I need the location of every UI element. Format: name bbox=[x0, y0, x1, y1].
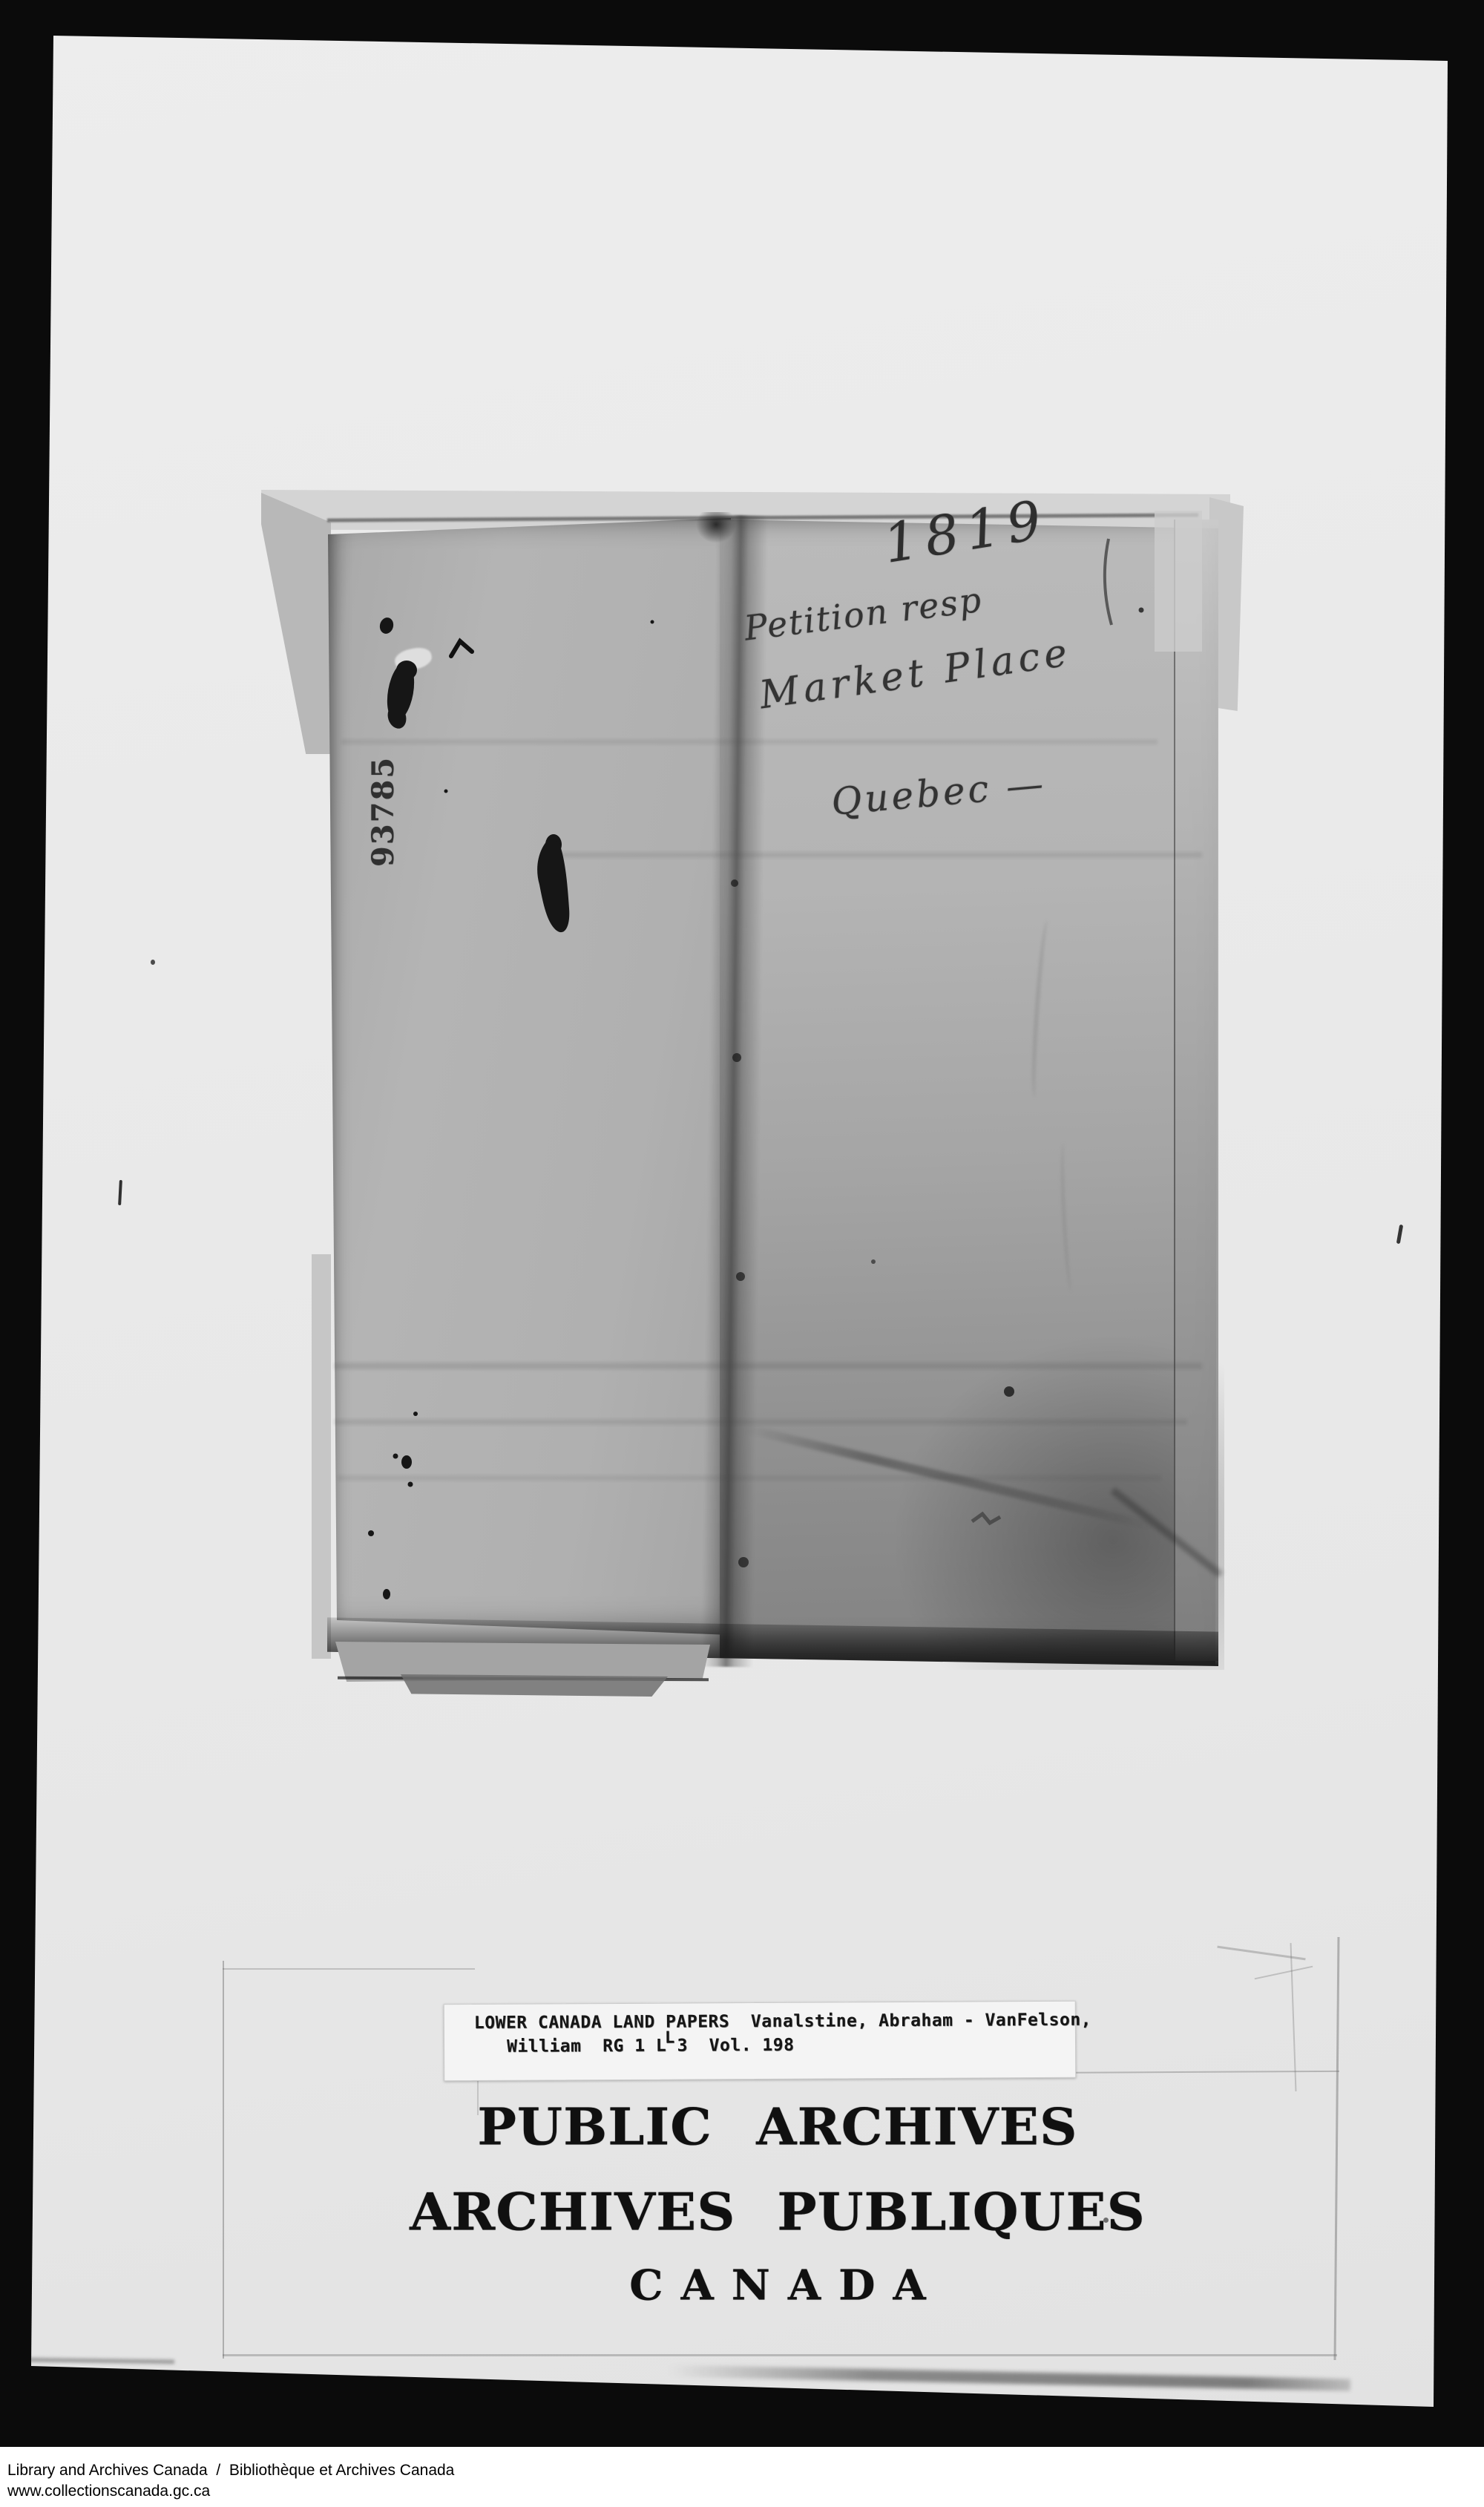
crease-line bbox=[338, 1475, 1161, 1481]
footer-attribution: Library and Archives Canada / Bibliothèq… bbox=[7, 2460, 454, 2481]
bottom-edge-smudge bbox=[668, 2365, 1350, 2390]
crease-line bbox=[341, 739, 1158, 744]
document-right-page-shading bbox=[853, 1299, 1224, 1670]
under-page-shadow-left bbox=[261, 493, 331, 754]
placard-period-mark bbox=[1103, 2218, 1109, 2223]
label-line-2: William RG 1 L 3 Vol. 198 bbox=[507, 2036, 795, 2057]
placard-crease bbox=[1255, 1966, 1313, 1980]
placard-edge-line bbox=[1334, 1937, 1340, 2360]
placard-edge-line bbox=[223, 1968, 475, 1970]
placard-edge-line bbox=[223, 2354, 1337, 2356]
typed-label: LOWER CANADA LAND PAPERS Vanalstine, Abr… bbox=[444, 2001, 1077, 2081]
placard-title-english: PUBLIC ARCHIVES bbox=[477, 2097, 1077, 2157]
background-tick-mark bbox=[118, 1180, 122, 1205]
crease-line bbox=[334, 1419, 1187, 1425]
crease-line bbox=[334, 1363, 1202, 1369]
placard-edge-line bbox=[223, 1961, 224, 2359]
crease-line bbox=[549, 852, 1202, 858]
document-right-edge-strip bbox=[1174, 520, 1218, 1661]
placard-crease bbox=[1217, 1946, 1305, 1961]
document-fold-notch bbox=[696, 512, 736, 543]
document-left-page bbox=[326, 518, 731, 1635]
document-bottom-dark-tab bbox=[401, 1674, 668, 1697]
label-line-1: LOWER CANADA LAND PAPERS Vanalstine, Abr… bbox=[474, 2010, 1091, 2033]
placard-edge-line bbox=[1290, 1943, 1297, 2091]
document-corner-patch bbox=[1155, 511, 1202, 652]
footer-url: www.collectionscanada.gc.ca bbox=[7, 2481, 210, 2502]
placard-title-french: ARCHIVES PUBLIQUES bbox=[410, 2181, 1146, 2242]
scanned-archive-page: 1819 Petition resp Market Place Quebec —… bbox=[0, 0, 1484, 2507]
bottom-edge-smudge bbox=[26, 2358, 174, 2365]
background-speck bbox=[151, 960, 155, 965]
label-stray-character: L bbox=[665, 2029, 675, 2048]
background-mark bbox=[1396, 1225, 1403, 1244]
under-page-shadow-sliver bbox=[312, 1254, 331, 1659]
placard-title-canada: CANADA bbox=[629, 2261, 944, 2310]
scan-paper: 1819 Petition resp Market Place Quebec —… bbox=[0, 0, 1484, 2447]
archive-stamp-number: 93785 bbox=[367, 763, 400, 867]
